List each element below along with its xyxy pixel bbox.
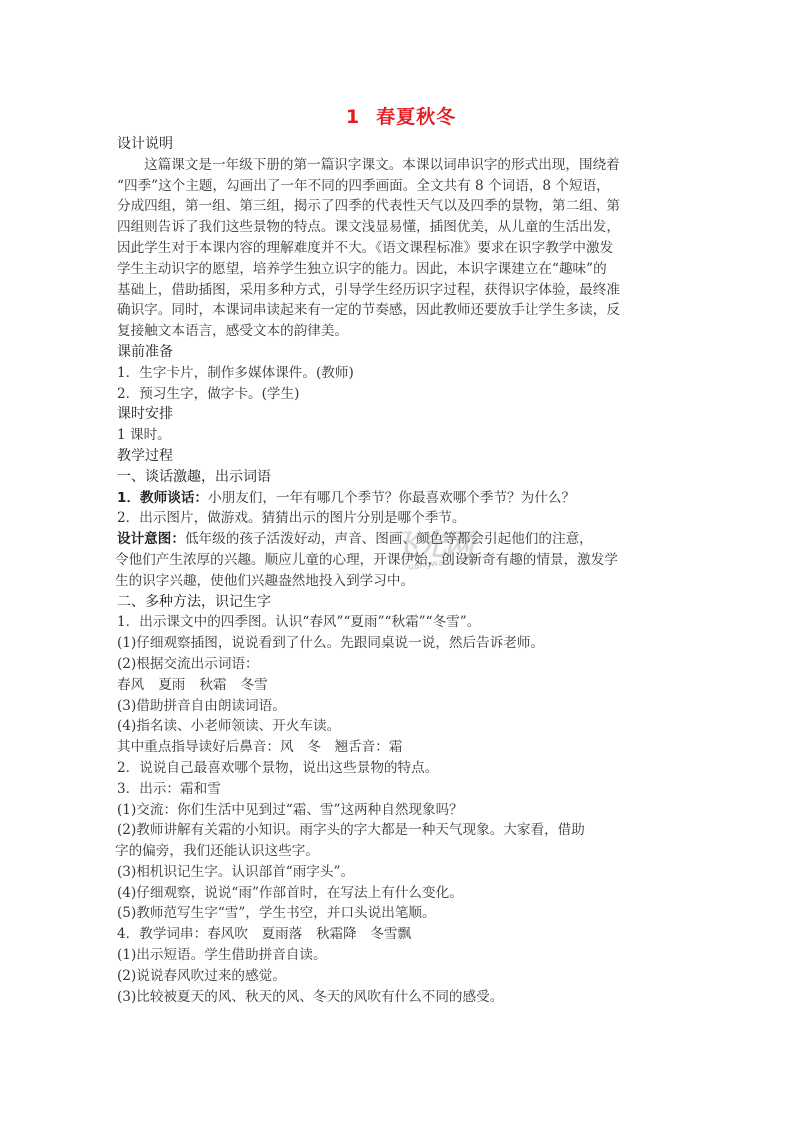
text-line: 这篇课文是一年级下册的第一篇识字课文。本课以词串识字的形式出现，围绕着 bbox=[117, 155, 685, 176]
word-item: 冬雪 bbox=[241, 675, 268, 696]
text-line: 复接触文本语言，感受文本的韵律美。 bbox=[117, 321, 685, 342]
part1-item-1: 1．教师谈话：小朋友们，一年有哪几个季节？你最喜欢哪个季节？为什么？ bbox=[117, 488, 685, 509]
part2-line: 4．教学词串：春风吹 夏雨落 秋霜降 冬雪飘 bbox=[117, 924, 685, 945]
page-title: 1春夏秋冬 bbox=[117, 103, 685, 131]
text-line: 因此学生对于本课内容的理解难度并不大。《语文课程标准》要求在识字教学中激发 bbox=[117, 238, 685, 259]
lesson-number: 1 bbox=[346, 106, 360, 128]
part1-item-2: 2．出示图片，做游戏。猜猜出示的图片分别是哪个季节。 bbox=[117, 508, 685, 529]
part2-line: (2)说说春风吹过来的感觉。 bbox=[117, 966, 685, 987]
section-heading-design-note: 设计说明 bbox=[117, 134, 685, 155]
part2-line: (1)出示短语。学生借助拼音自读。 bbox=[117, 945, 685, 966]
part2-line: 3．出示：霜和雪 bbox=[117, 779, 685, 800]
part2-line: (4)指名读、小老师领读、开火车读。 bbox=[117, 716, 685, 737]
design-intent-line: 设计意图：低年级的孩子活泼好动，声音、图画、颜色等都会引起他们的注意， bbox=[117, 529, 685, 550]
part1-heading: 一、谈话激趣，出示词语 bbox=[117, 467, 685, 488]
part2-line: (3)相机识记生字。认识部首“雨字头”。 bbox=[117, 862, 685, 883]
part2-line: (3)比较被夏天的风、秋天的风、冬天的风吹有什么不同的感受。 bbox=[117, 987, 685, 1008]
section-heading-process: 教学过程 bbox=[117, 446, 685, 467]
word-item: 秋霜 bbox=[199, 675, 226, 696]
part2-line: (5)教师范写生字“雪”，学生书空，并口头说出笔顺。 bbox=[117, 903, 685, 924]
word-list: 春风夏雨秋霜冬雪 bbox=[117, 675, 685, 696]
text-line: 四组则告诉了我们这些景物的特点。课文浅显易懂，插图优美，从儿童的生活出发， bbox=[117, 217, 685, 238]
lesson-title: 春夏秋冬 bbox=[376, 106, 456, 128]
teacher-talk-text: 小朋友们，一年有哪几个季节？你最喜欢哪个季节？为什么？ bbox=[208, 490, 575, 506]
part2-line: 2．说说自己最喜欢哪个景物，说出这些景物的特点。 bbox=[117, 758, 685, 779]
section-heading-preparation: 课前准备 bbox=[117, 342, 685, 363]
document-page: 1春夏秋冬 设计说明 这篇课文是一年级下册的第一篇识字课文。本课以词串识字的形式… bbox=[117, 103, 685, 1007]
word-item: 春风 bbox=[117, 675, 144, 696]
part2-line: (2)根据交流出示词语： bbox=[117, 654, 685, 675]
part2-line: (2)教师讲解有关霜的小知识。雨字头的字大都是一种天气现象。大家看，借助 bbox=[117, 820, 685, 841]
design-note-paragraph: 这篇课文是一年级下册的第一篇识字课文。本课以词串识字的形式出现，围绕着 “四季”… bbox=[117, 155, 685, 342]
design-intent-line: 令他们产生浓厚的兴趣。顺应儿童的心理，开课伊始，创设新奇有趣的情景，激发学 bbox=[115, 550, 685, 571]
part2-line: 1．出示课文中的四季图。认识“春风”“夏雨”“秋霜”“冬雪”。 bbox=[117, 612, 685, 633]
part2-line: (4)仔细观察，说说“雨”作部首时，在写法上有什么变化。 bbox=[117, 883, 685, 904]
part2-line: 其中重点指导读好后鼻音：风 冬 翘舌音：霜 bbox=[117, 737, 685, 758]
design-intent-line: 生的识字兴趣，使他们兴趣盎然地投入到学习中。 bbox=[115, 571, 685, 592]
word-item: 夏雨 bbox=[158, 675, 185, 696]
text-line: “四季”这个主题，勾画出了一年不同的四季画面。全文共有 8 个词语，8 个短语， bbox=[117, 176, 685, 197]
teacher-talk-label: 1．教师谈话： bbox=[117, 490, 208, 506]
part2-line: (1)交流：你们生活中见到过“霜、雪”这两种自然现象吗？ bbox=[117, 800, 685, 821]
design-intent-text: 低年级的孩子活泼好动，声音、图画、颜色等都会引起他们的注意， bbox=[185, 531, 593, 547]
preparation-item: 1．生字卡片，制作多媒体课件。(教师) bbox=[117, 363, 685, 384]
section-heading-schedule: 课时安排 bbox=[117, 404, 685, 425]
part2-line: (3)借助拼音自由朗读词语。 bbox=[117, 696, 685, 717]
text-line: 基础上，借助插图，采用多种方式，引导学生经历识字过程，获得识字体验，最终准 bbox=[117, 280, 685, 301]
part2-line: (1)仔细观察插图，说说看到了什么。先跟同桌说一说，然后告诉老师。 bbox=[117, 633, 685, 654]
text-line: 分成四组，第一组、第三组，揭示了四季的代表性天气以及四季的景物，第二组、第 bbox=[117, 196, 685, 217]
schedule-text: 1 课时。 bbox=[117, 425, 685, 446]
text-line: 确识字。同时，本课词串读起来有一定的节奏感，因此教师还要放手让学生多读，反 bbox=[117, 300, 685, 321]
design-intent-label: 设计意图： bbox=[117, 531, 185, 547]
preparation-item: 2．预习生字，做字卡。(学生) bbox=[117, 384, 685, 405]
text-line: 学生主动识字的愿望，培养学生独立识字的能力。因此，本识字课建立在“趣味”的 bbox=[117, 259, 685, 280]
part2-heading: 二、多种方法，识记生字 bbox=[117, 592, 685, 613]
part2-line: 字的偏旁，我们还能认识这些字。 bbox=[115, 841, 685, 862]
